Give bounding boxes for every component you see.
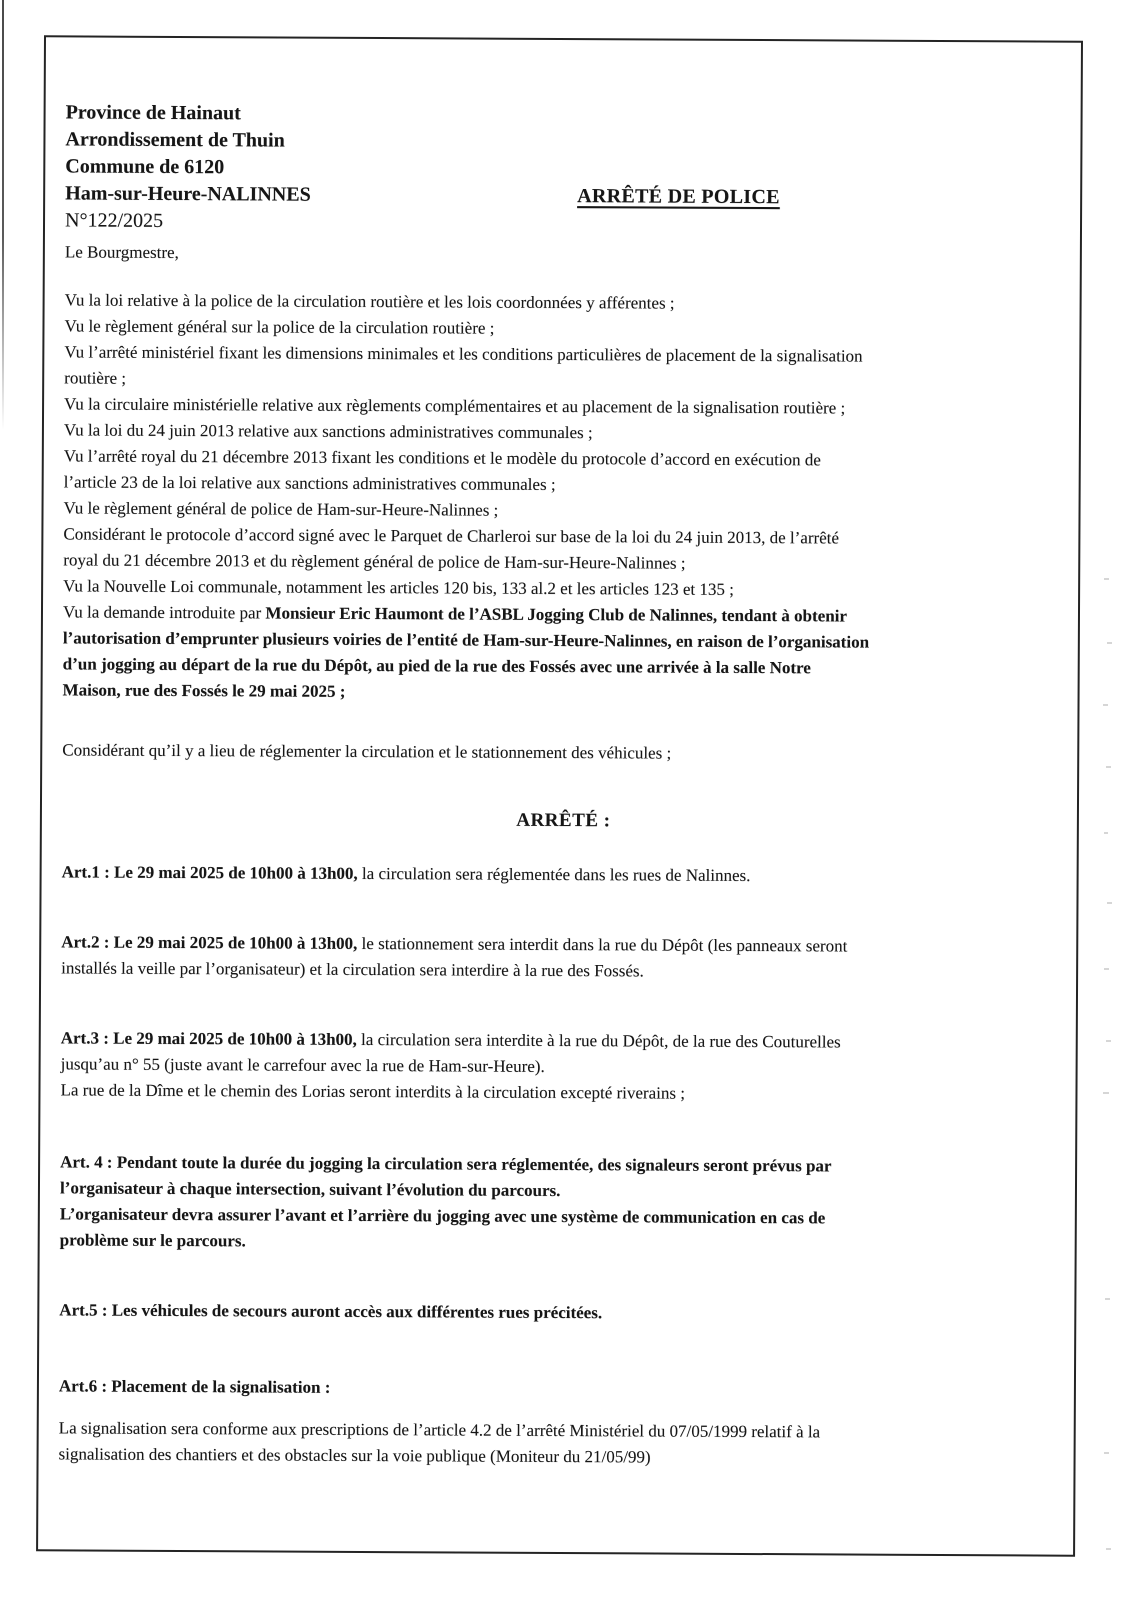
scan-noise-mark (1104, 1452, 1109, 1454)
considering-clause: Considérant qu’il y a lieu de réglemente… (62, 737, 1065, 768)
scan-noise-mark (1107, 642, 1112, 644)
article-2-lead: Art.2 : Le 29 mai 2025 de 10h00 à 13h00, (61, 932, 357, 953)
article-5: Art.5 : Les véhicules de secours auront … (59, 1297, 1062, 1328)
article-2-line: installés la veille par l’organisateur) … (61, 955, 1064, 986)
scan-noise-mark (1106, 766, 1111, 768)
reference-number: N°122/2025 (65, 207, 1068, 239)
article-6: Art.6 : Placement de la signalisation : (59, 1373, 1062, 1404)
article-1-line: Art.1 : Le 29 mai 2025 de 10h00 à 13h00,… (62, 859, 1065, 890)
scan-edge-artifact (2, 0, 4, 430)
scan-noise-mark (1105, 1298, 1110, 1300)
scan-noise-mark (1104, 968, 1109, 970)
office-line-locality: Ham-sur-Heure-NALINNES (65, 180, 1068, 212)
closing-line: signalisation des chantiers et des obsta… (59, 1441, 1062, 1472)
article-3-line: La rue de la Dîme et le chemin des Loria… (60, 1077, 1063, 1108)
scan-noise-mark (1104, 832, 1108, 834)
article-2: Art.2 : Le 29 mai 2025 de 10h00 à 13h00,… (61, 929, 1064, 986)
scan-noise-mark (1106, 1040, 1111, 1042)
preamble-block: Vu la loi relative à la police de la cir… (63, 287, 1068, 604)
request-bold-text: Monsieur Eric Haumont de l’ASBL Jogging … (265, 603, 847, 625)
header-block: Province de Hainaut Arrondissement de Th… (65, 99, 1069, 239)
document-title: ARRÊTÉ DE POLICE (577, 183, 780, 211)
request-line: Maison, rue des Fossés le 29 mai 2025 ; (63, 677, 1066, 708)
request-prefix: Vu la demande introduite par (63, 602, 266, 622)
request-paragraph: Vu la demande introduite par Monsieur Er… (63, 599, 1067, 708)
closing-paragraph: La signalisation sera conforme aux presc… (59, 1415, 1062, 1472)
article-3-lead: Art.3 : Le 29 mai 2025 de 10h00 à 13h00, (61, 1028, 357, 1049)
article-1-text: la circulation sera réglementée dans les… (358, 864, 751, 885)
article-4-line: problème sur le parcours. (60, 1227, 1063, 1258)
article-2-text: le stationnement sera interdit dans la r… (357, 934, 847, 956)
article-4: Art. 4 : Pendant toute la durée du joggi… (60, 1149, 1064, 1258)
article-3: Art.3 : Le 29 mai 2025 de 10h00 à 13h00,… (60, 1025, 1063, 1108)
salutation: Le Bourgmestre, (65, 239, 1068, 270)
scan-noise-mark (1103, 1092, 1109, 1094)
scan-noise-mark (1103, 704, 1108, 706)
scan-noise-mark (1104, 578, 1109, 580)
scanned-document: Province de Hainaut Arrondissement de Th… (0, 0, 1130, 1600)
article-1-lead: Art.1 : Le 29 mai 2025 de 10h00 à 13h00, (62, 862, 358, 883)
decree-heading: ARRÊTÉ : (62, 805, 1065, 836)
scan-noise-mark (1106, 1548, 1111, 1550)
scan-noise-mark (1107, 902, 1112, 904)
preamble-line: Vu l’arrêté ministériel fixant les dimen… (64, 339, 1067, 370)
article-3-text: la circulation sera interdite à la rue d… (357, 1030, 841, 1052)
article-1: Art.1 : Le 29 mai 2025 de 10h00 à 13h00,… (62, 859, 1065, 890)
document-page: Province de Hainaut Arrondissement de Th… (36, 35, 1083, 1556)
